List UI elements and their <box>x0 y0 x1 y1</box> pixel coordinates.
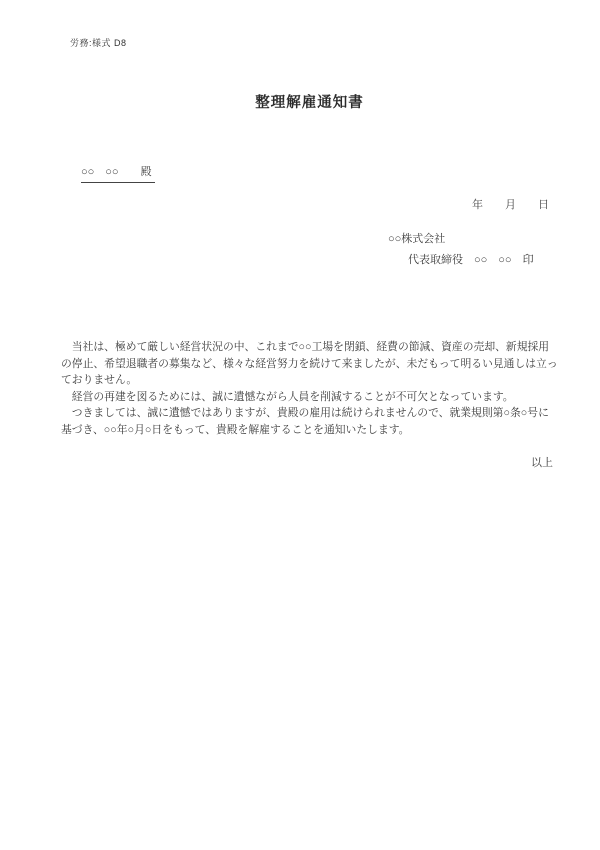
recipient-name: ○○ ○○ 殿 <box>81 163 155 183</box>
sender-representative-seal-line: 代表取締役 ○○ ○○ 印 <box>408 251 534 267</box>
body-line: つきましては、誠に遺憾ではありますが、貴殿の雇用は続けられませんので、就業規則第… <box>61 405 558 422</box>
body-line: 当社は、極めて厳しい経営状況の中、これまで○○工場を閉鎖、経費の節減、資産の売却… <box>61 339 558 356</box>
body-text: 当社は、極めて厳しい経営状況の中、これまで○○工場を閉鎖、経費の節減、資産の売却… <box>61 339 558 438</box>
body-line: 基づき、○○年○月○日をもって、貴殿を解雇することを通知いたします。 <box>61 422 558 439</box>
document-page: 労務:様式 D8 整理解雇通知書 ○○ ○○ 殿 年 月 日 ○○株式会社 代表… <box>0 0 600 850</box>
form-number-label: 労務:様式 D8 <box>70 36 127 49</box>
body-line: ておりません。 <box>61 372 558 389</box>
date-placeholder: 年 月 日 <box>472 196 549 212</box>
document-title: 整理解雇通知書 <box>61 91 558 112</box>
body-line: 経営の再建を図るためには、誠に遺憾ながら人員を削減することが不可欠となっています… <box>61 389 558 406</box>
sender-company-name: ○○株式会社 <box>388 230 445 246</box>
recipient-line: ○○ ○○ 殿 <box>70 151 155 195</box>
closing-word: 以上 <box>531 454 553 470</box>
body-line: の停止、希望退職者の募集など、様々な経営努力を続けて来ましたが、未だもって明るい… <box>61 356 558 373</box>
